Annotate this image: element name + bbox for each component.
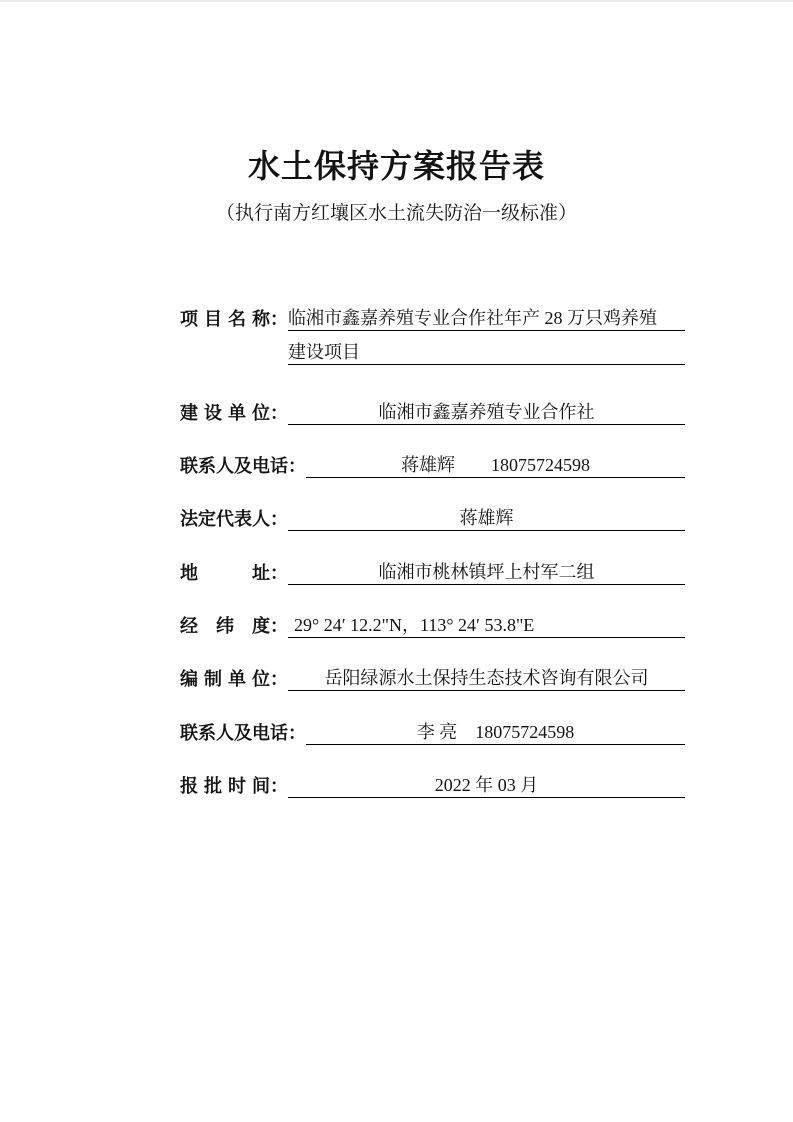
field-value: 临湘市鑫嘉养殖专业合作社 [288, 400, 685, 425]
field-label: 法定代表人： [180, 507, 288, 531]
field-label: 建设单位： [180, 401, 288, 425]
field-row-coordinates: 经纬度： 29° 24′ 12.2"N，113° 24′ 53.8"E [180, 613, 685, 638]
field-label: 项目名称： [180, 307, 288, 331]
field-value: 临湘市鑫嘉养殖专业合作社年产 28 万只鸡养殖 [288, 306, 685, 331]
field-row-legal-representative: 法定代表人： 蒋雄辉 [180, 506, 685, 531]
field-value: 建设项目 [288, 340, 685, 365]
field-value: 29° 24′ 12.2"N，113° 24′ 53.8"E [288, 613, 685, 638]
field-value: 2022 年 03 月 [288, 773, 685, 798]
field-value: 蒋雄辉 [288, 506, 685, 531]
field-label: 联系人及电话： [180, 721, 306, 745]
field-row-compiling-unit: 编制单位： 岳阳绿源水土保持生态技术咨询有限公司 [180, 666, 685, 691]
field-value: 蒋雄辉 18075724598 [306, 453, 685, 478]
field-label: 报批时间： [180, 774, 288, 798]
field-row-project-name: 项目名称： 临湘市鑫嘉养殖专业合作社年产 28 万只鸡养殖 [180, 306, 685, 331]
field-value: 临湘市桃林镇坪上村军二组 [288, 560, 685, 585]
field-label: 联系人及电话： [180, 454, 306, 478]
field-label: 地址： [180, 561, 288, 585]
document-page: 水土保持方案报告表 （执行南方红壤区水土流失防治一级标准） 项目名称： 临湘市鑫… [0, 0, 793, 1122]
field-row-compiler-contact-phone: 联系人及电话： 李 亮 18075724598 [180, 720, 685, 745]
field-row-project-name-line2: 建设项目 [180, 340, 685, 365]
field-row-contact-phone: 联系人及电话： 蒋雄辉 18075724598 [180, 453, 685, 478]
page-subtitle: （执行南方红壤区水土流失防治一级标准） [0, 198, 793, 225]
field-value: 岳阳绿源水土保持生态技术咨询有限公司 [288, 666, 685, 691]
field-row-address: 地址： 临湘市桃林镇坪上村军二组 [180, 560, 685, 585]
page-title: 水土保持方案报告表 [0, 141, 793, 187]
field-row-construction-unit: 建设单位： 临湘市鑫嘉养殖专业合作社 [180, 400, 685, 425]
field-row-approval-time: 报批时间： 2022 年 03 月 [180, 773, 685, 798]
field-label: 编制单位： [180, 667, 288, 691]
field-value: 李 亮 18075724598 [306, 720, 685, 745]
field-label: 经纬度： [180, 614, 288, 638]
